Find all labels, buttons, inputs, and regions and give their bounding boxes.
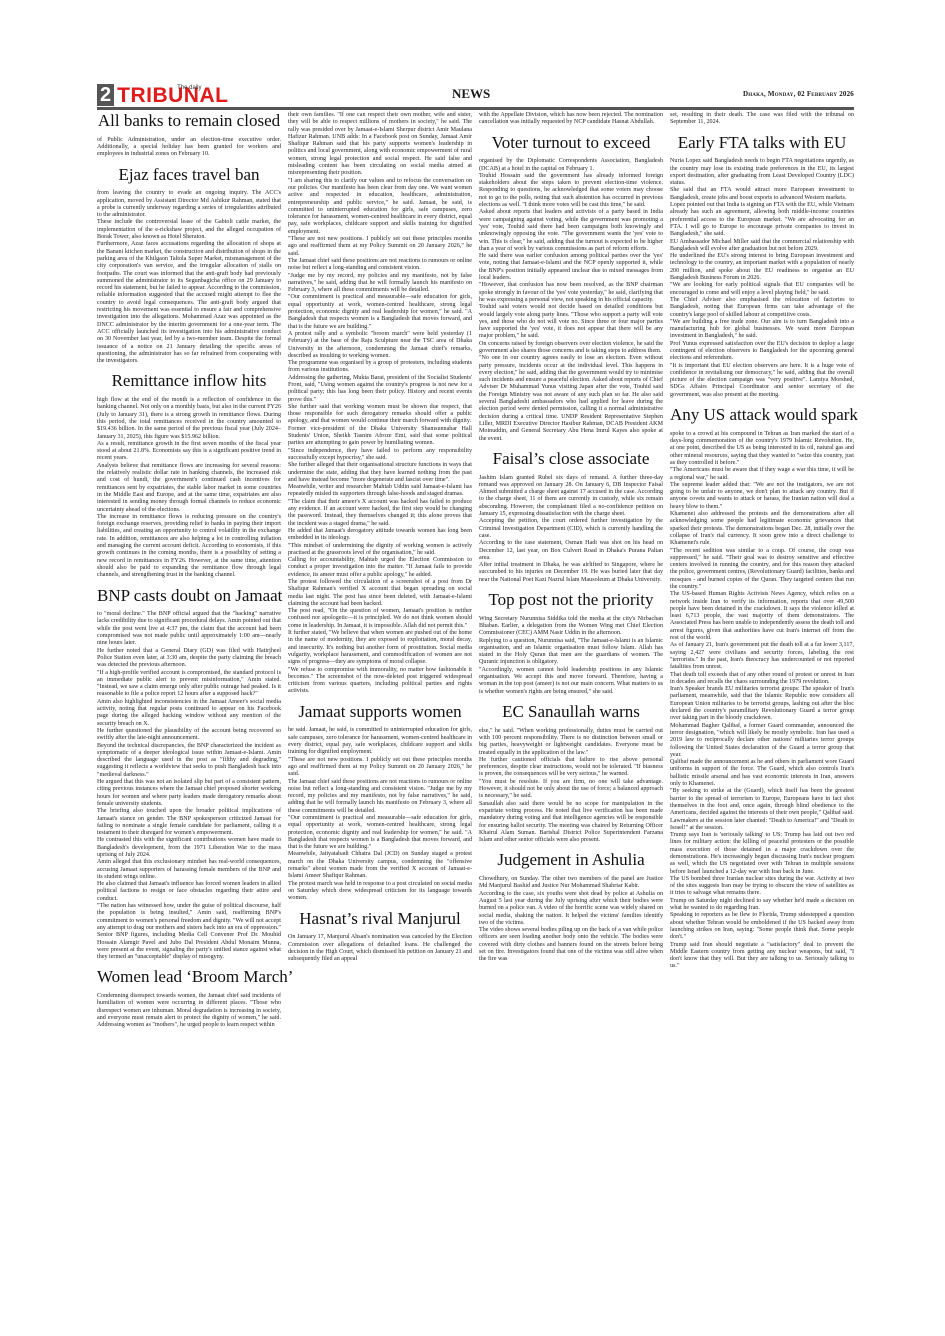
article-paragraph: Condemning disrespect towards women, the… bbox=[97, 993, 281, 1029]
article: Women lead ‘Broom March’Condemning disre… bbox=[97, 968, 281, 1029]
article-paragraph: to "moral decline." The BNP official arg… bbox=[97, 611, 281, 647]
article-paragraph: "I am sharing this to clarify our values… bbox=[288, 178, 472, 236]
article: All banks to remain closedof Public Admi… bbox=[97, 112, 281, 159]
article-paragraph: According to the case statement, Osman H… bbox=[479, 540, 663, 562]
article-paragraph: "We are building a free trade zone. Our … bbox=[670, 319, 854, 341]
article-paragraph: Replying to a question, Nurunnisa said, … bbox=[479, 638, 663, 667]
article-paragraph: Trump says Iran is 'seriously talking' t… bbox=[670, 832, 854, 876]
article-paragraph: Nuria Lopez said Bangladesh needs to beg… bbox=[670, 158, 854, 187]
article: EC Sanaullah warnselse," he said. "When … bbox=[479, 703, 663, 844]
article-paragraph: The US bombed three Iranian nuclear site… bbox=[670, 876, 854, 898]
column-4: set, resulting in their death. The case … bbox=[670, 112, 854, 1037]
article-body: Jashim Islam granted Rubel six days of r… bbox=[479, 475, 663, 584]
article-body: organised by the Diplomatic Corresponden… bbox=[479, 158, 663, 443]
article-paragraph: She said that an FTA would attract more … bbox=[670, 187, 854, 202]
article-paragraph: Iran's Speaker brands EU militaries terr… bbox=[670, 686, 854, 722]
article-paragraph: Meanwhile, Jatiyatabadi Chhatra Dal (JCD… bbox=[288, 851, 472, 880]
article-paragraph: of Public Administration, under an elect… bbox=[97, 137, 281, 159]
article-paragraph: "No one in our country agrees easily to … bbox=[479, 355, 663, 443]
article-paragraph: The supreme leader added that: "We are n… bbox=[670, 482, 854, 511]
article-body: of Public Administration, under an elect… bbox=[97, 137, 281, 159]
article: BNP casts doubt on Jamaatto "moral decli… bbox=[97, 587, 281, 962]
article-paragraph: The protest followed the circulation of … bbox=[288, 579, 472, 608]
article-paragraph: He underlined the EU's strong interest t… bbox=[670, 253, 854, 282]
article: Early FTA talks with EUNuria Lopez said … bbox=[670, 134, 854, 399]
article-body: with the Appellate Division, which has n… bbox=[479, 112, 663, 127]
article-paragraph: Qalibaf made the announcement as he and … bbox=[670, 759, 854, 788]
article-paragraph: The Jamaat chief said these positions ar… bbox=[288, 258, 472, 273]
article-paragraph: "These are not new positions. I publicly… bbox=[288, 236, 472, 258]
article-body: Condemning disrespect towards women, the… bbox=[97, 993, 281, 1029]
article-paragraph: Touhid said voters would not decide base… bbox=[479, 304, 663, 340]
article-body: to "moral decline." The BNP official arg… bbox=[97, 611, 281, 961]
article-paragraph: He further cautioned officials that fail… bbox=[479, 757, 663, 779]
article-paragraph: Prof Yunus expressed satisfaction over t… bbox=[670, 341, 854, 363]
article-paragraph: The US-based Human Rights Activists News… bbox=[670, 591, 854, 642]
article-paragraph: "However, that confusion has now been re… bbox=[479, 282, 663, 304]
article-body: spoke to a crowd at his compound in Tehr… bbox=[670, 431, 854, 971]
article-headline: EC Sanaullah warns bbox=[479, 703, 663, 722]
article-paragraph: "It is important that EU election observ… bbox=[670, 363, 854, 399]
article: Judgement in AshuliaChowdhury, on Sunday… bbox=[479, 851, 663, 963]
article-paragraph: That death toll exceeds that of any othe… bbox=[670, 672, 854, 687]
article-paragraph: Jashim Islam granted Rubel six days of r… bbox=[479, 475, 663, 519]
section-title: NEWS bbox=[452, 86, 490, 102]
article-paragraph: "Since independence, they have failed to… bbox=[288, 448, 472, 463]
column-1: All banks to remain closedof Public Admi… bbox=[97, 112, 281, 1037]
article: Remittance inflow hitshigh flow at the e… bbox=[97, 372, 281, 579]
article-paragraph: Former vice-president of the Dhaka Unive… bbox=[288, 426, 472, 448]
article-paragraph: He argued that this was not an isolated … bbox=[97, 779, 281, 808]
article-headline: Early FTA talks with EU bbox=[670, 134, 854, 153]
article-paragraph: Sanaullah also said there would be no sc… bbox=[479, 801, 663, 845]
article-paragraph: She further said that working women must… bbox=[288, 404, 472, 426]
article-body: Nuria Lopez said Bangladesh needs to beg… bbox=[670, 158, 854, 399]
article: Top post not the priorityWing Secretary … bbox=[479, 591, 663, 696]
article: Jamaat supports womenhe said. Jamaat, he… bbox=[288, 703, 472, 903]
article-paragraph: "We refuse to compromise with immorality… bbox=[288, 667, 472, 696]
article-paragraph: "This mindset of undermining the dignity… bbox=[288, 543, 472, 558]
dateline: Dhaka, Monday, 02 February 2026 bbox=[743, 90, 854, 98]
article-paragraph: Lawmakers at the session later chanted: … bbox=[670, 818, 854, 833]
article-paragraph: Trump on Saturday night declined to say … bbox=[670, 898, 854, 913]
article-paragraph: Calling for accountability, Mahtab urged… bbox=[288, 557, 472, 579]
article-paragraph: "Accordingly, women cannot hold leadersh… bbox=[479, 667, 663, 696]
article-paragraph: She further alleged that their organisat… bbox=[288, 462, 472, 484]
article-paragraph: After initial treatment in Dhaka, he was… bbox=[479, 562, 663, 584]
article-paragraph: Khamenei also addressed the protests and… bbox=[670, 511, 854, 547]
article-paragraph: Accepting the petition, the court ordere… bbox=[479, 518, 663, 540]
article-paragraph: he said. Jamaat, he said, is committed t… bbox=[288, 727, 472, 756]
article-paragraph: Beyond the technical discrepancies, the … bbox=[97, 743, 281, 779]
article-paragraph: from leaving the country to evade an ong… bbox=[97, 190, 281, 219]
article-paragraph: "These are not new positions. I publicly… bbox=[288, 757, 472, 779]
article-headline: Faisal’s close associate bbox=[479, 450, 663, 469]
article: Hasnat’s rival ManjurulOn January 17, Ma… bbox=[288, 910, 472, 964]
masthead: 2 The daily TRIBUNAL NEWS Dhaka, Monday,… bbox=[97, 80, 854, 108]
article-paragraph: "We are looking for early political sign… bbox=[670, 282, 854, 297]
article-body: high flow at the end of the month is a r… bbox=[97, 397, 281, 579]
article-paragraph: On concerns raised by foreign observers … bbox=[479, 341, 663, 356]
article-paragraph: "The claim that their ameer's X account … bbox=[288, 499, 472, 528]
article-paragraph: spoke to a crowd at his compound in Tehr… bbox=[670, 431, 854, 467]
article-paragraph: Addressing the gathering, Mukta Barai, p… bbox=[288, 375, 472, 404]
article-paragraph: "If a high-profile verified account is c… bbox=[97, 670, 281, 699]
column-3: with the Appellate Division, which has n… bbox=[479, 112, 663, 1037]
article: with the Appellate Division, which has n… bbox=[479, 112, 663, 127]
article-headline: Judgement in Ashulia bbox=[479, 851, 663, 870]
article-paragraph: Lopez pointed out that India is signing … bbox=[670, 202, 854, 238]
article-body: he said. Jamaat, he said, is committed t… bbox=[288, 727, 472, 902]
article-paragraph: Chowdhury, on Sunday. The other two memb… bbox=[479, 876, 663, 891]
article-paragraph: Touhid Hossain said the government has a… bbox=[479, 173, 663, 209]
article-headline: Top post not the priority bbox=[479, 591, 663, 610]
article-paragraph: "Our commitment is practical and measura… bbox=[288, 294, 472, 330]
article-paragraph: high flow at the end of the month is a r… bbox=[97, 397, 281, 441]
article-body: their own families. "If one can respect … bbox=[288, 112, 472, 696]
brand-text: TRIBUNAL bbox=[117, 84, 228, 107]
article-paragraph: Trump said Iran should negotiate a "sati… bbox=[670, 942, 854, 971]
newspaper-logo: 2 The daily TRIBUNAL bbox=[97, 80, 228, 106]
article-paragraph: He said there was earlier confusion amon… bbox=[479, 253, 663, 282]
article-paragraph: He further questioned the plausibility o… bbox=[97, 728, 281, 743]
article-paragraph: "You must be resolute. If you are firm, … bbox=[479, 779, 663, 801]
article-body: Chowdhury, on Sunday. The other two memb… bbox=[479, 876, 663, 964]
article-paragraph: As a result, remittance growth in the fi… bbox=[97, 441, 281, 463]
article-paragraph: Meanwhile, writer and researcher Mahtab … bbox=[288, 484, 472, 499]
article: set, resulting in their death. The case … bbox=[670, 112, 854, 127]
article-paragraph: "Our commitment is practical and measura… bbox=[288, 815, 472, 851]
article-headline: Jamaat supports women bbox=[288, 703, 472, 722]
article-paragraph: Analysts believe that remittance flows a… bbox=[97, 463, 281, 514]
article-body: On January 17, Manjurul Ahsan's nominati… bbox=[288, 934, 472, 963]
article-paragraph: He added that Jamaat's derogatory attitu… bbox=[288, 528, 472, 543]
article-paragraph: Wing Secretary Nurunnisa Siddika told th… bbox=[479, 616, 663, 638]
article-paragraph: Senior BNP figures, including Media Cell… bbox=[97, 932, 281, 961]
article-paragraph: The briefing also touched upon the broad… bbox=[97, 808, 281, 837]
header-rule bbox=[97, 107, 854, 110]
article-body: Wing Secretary Nurunnisa Siddika told th… bbox=[479, 616, 663, 696]
article-paragraph: with the Appellate Division, which has n… bbox=[479, 112, 663, 127]
article-paragraph: "The nation has witnessed how, under the… bbox=[97, 903, 281, 932]
article-paragraph: The programme was organised by a group o… bbox=[288, 360, 472, 375]
article-headline: Women lead ‘Broom March’ bbox=[97, 968, 281, 987]
article-paragraph: He contrasted this with the significant … bbox=[97, 837, 281, 859]
article-paragraph: "By seeking to strike at the (Guard), wh… bbox=[670, 788, 854, 817]
article-paragraph: "Judge me by my record, my policies and … bbox=[288, 273, 472, 295]
article-paragraph: Asked about reports that leaders and act… bbox=[479, 209, 663, 253]
article-paragraph: On January 17, Manjurul Ahsan's nominati… bbox=[288, 934, 472, 963]
article-paragraph: These include the controversial lease of… bbox=[97, 219, 281, 241]
article-headline: Remittance inflow hits bbox=[97, 372, 281, 391]
article-headline: BNP casts doubt on Jamaat bbox=[97, 587, 281, 606]
article: Any US attack would sparkspoke to a crow… bbox=[670, 406, 854, 971]
article-body: else," he said. "When working profession… bbox=[479, 728, 663, 845]
article-body: from leaving the country to evade an ong… bbox=[97, 190, 281, 365]
article: Voter turnout to exceedorganised by the … bbox=[479, 134, 663, 443]
article-paragraph: their own families. "If one can respect … bbox=[288, 112, 472, 178]
article-paragraph: Mohammad Bagher Qalibaf, a former Guard … bbox=[670, 723, 854, 759]
article: their own families. "If one can respect … bbox=[288, 112, 472, 696]
article-headline: Ejaz faces travel ban bbox=[97, 166, 281, 185]
article-headline: All banks to remain closed bbox=[97, 112, 281, 131]
article-paragraph: else," he said. "When working profession… bbox=[479, 728, 663, 757]
article-paragraph: The Chief Adviser also emphasised the re… bbox=[670, 297, 854, 319]
article-headline: Voter turnout to exceed bbox=[479, 134, 663, 153]
article-paragraph: set, resulting in their death. The case … bbox=[670, 112, 854, 127]
article-paragraph: The video shows several bodies piling up… bbox=[479, 927, 663, 963]
article-paragraph: organised by the Diplomatic Corresponden… bbox=[479, 158, 663, 173]
article-paragraph: "The recent sedition was similar to a co… bbox=[670, 548, 854, 592]
article-paragraph: It further stated, "We believe that when… bbox=[288, 630, 472, 666]
article-paragraph: According to the case, six youths were s… bbox=[479, 891, 663, 927]
article-paragraph: The increase in remittance flows is redu… bbox=[97, 514, 281, 580]
article-paragraph: The protest march was held in response t… bbox=[288, 881, 472, 903]
article-paragraph: The post read, "On the question of women… bbox=[288, 608, 472, 630]
brand-tagline: The daily bbox=[177, 78, 201, 98]
article-columns: All banks to remain closedof Public Admi… bbox=[97, 112, 854, 1037]
article-paragraph: Amin alleged that this exclusionary mind… bbox=[97, 859, 281, 881]
article-body: set, resulting in their death. The case … bbox=[670, 112, 854, 127]
column-2: their own families. "If one can respect … bbox=[288, 112, 472, 1037]
article: Faisal’s close associateJashim Islam gra… bbox=[479, 450, 663, 584]
page-number: 2 bbox=[97, 84, 114, 106]
article-paragraph: He further noted that a General Diary (G… bbox=[97, 648, 281, 670]
article-paragraph: A protest rally and a symbolic "broom ma… bbox=[288, 331, 472, 360]
article-paragraph: As of January 21, Iran's government put … bbox=[670, 642, 854, 671]
article-headline: Any US attack would spark bbox=[670, 406, 854, 425]
article-paragraph: He also claimed that Jamaat's influence … bbox=[97, 881, 281, 903]
article-paragraph: "The Americans must be aware that if the… bbox=[670, 467, 854, 482]
article-paragraph: Speaking to reporters as he flew to Flor… bbox=[670, 912, 854, 941]
article-paragraph: EU Ambassador Michael Miller said that t… bbox=[670, 239, 854, 254]
article-paragraph: Furthermore, Azaz faces accusations rega… bbox=[97, 241, 281, 365]
article-paragraph: The Jamaat chief said these positions ar… bbox=[288, 779, 472, 815]
article-headline: Hasnat’s rival Manjurul bbox=[288, 910, 472, 929]
article: Ejaz faces travel banfrom leaving the co… bbox=[97, 166, 281, 366]
brand-name: The daily TRIBUNAL bbox=[117, 86, 228, 106]
article-paragraph: Amin also highlighted inconsistencies in… bbox=[97, 699, 281, 728]
